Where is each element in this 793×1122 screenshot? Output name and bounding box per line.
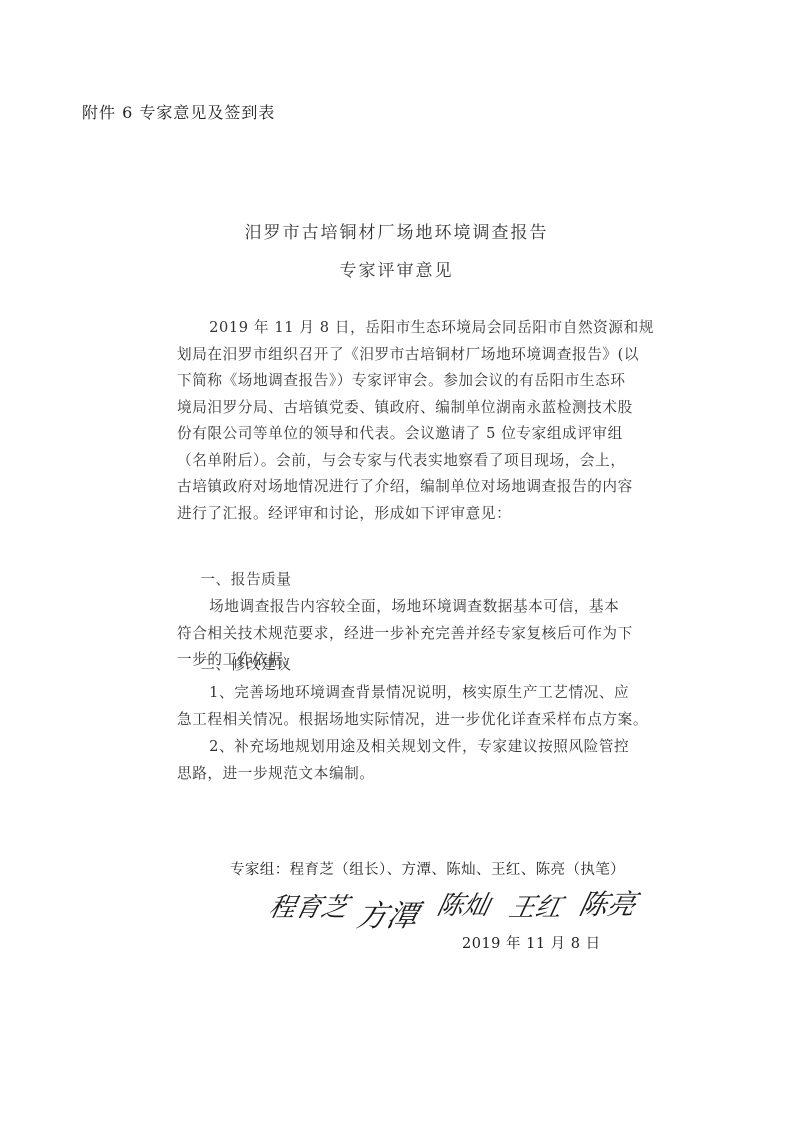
document-subtitle: 专家评审意见 [0, 256, 793, 281]
signing-date: 2019 年 11 月 8 日 [462, 932, 601, 953]
signature-2: 方潭 [353, 891, 422, 935]
section-heading-revision-suggestions: 二、修改建议 [177, 652, 623, 679]
signature-5: 陈亮 [576, 883, 641, 923]
intro-line: 境局汨罗分局、古培镇党委、镇政府、编制单位湖南永蓝检测技术股 [177, 395, 623, 422]
attachment-label: 附件 6 专家意见及签到表 [82, 100, 275, 123]
intro-line: 2019 年 11 月 8 日，岳阳市生态环境局会同岳阳市自然资源和规 [177, 315, 623, 342]
suggestion-item-1: 1、完善场地环境调查背景情况说明，核实原生产工艺情况、应 急工程相关情况。根据场… [177, 680, 623, 733]
expert-group-list: 专家组：程育芝（组长）、方潭、陈灿、王红、陈亮（执笔） [230, 858, 625, 879]
signature-1: 程育芝 [266, 887, 352, 924]
intro-line: 古培镇政府对场地情况进行了介绍，编制单位对场地调查报告的内容 [177, 474, 623, 501]
document-title: 汨罗市古培铜材厂场地环境调查报告 [0, 218, 793, 243]
intro-line: 划局在汨罗市组织召开了《汨罗市古培铜材厂场地环境调查报告》(以 [177, 342, 623, 369]
intro-line: 下简称《场地调查报告》）专家评审会。参加会议的有岳阳市生态环 [177, 368, 623, 395]
intro-line: （名单附后）。会前，与会专家与代表实地察看了项目现场，会上， [177, 448, 623, 475]
signature-4: 王红 [506, 887, 566, 924]
intro-line: 进行了汇报。经评审和讨论，形成如下评审意见： [177, 501, 623, 528]
intro-line: 份有限公司等单位的领导和代表。会议邀请了 5 位专家组成评审组 [177, 421, 623, 448]
intro-paragraph: 2019 年 11 月 8 日，岳阳市生态环境局会同岳阳市自然资源和规 划局在汨… [177, 315, 623, 527]
suggestion-item-2: 2、补充场地规划用途及相关规划文件，专家建议按照风险管控 思路，进一步规范文本编… [177, 734, 623, 787]
signature-3: 陈灿 [434, 885, 494, 922]
section-heading-report-quality: 一、报告质量 [177, 567, 623, 594]
